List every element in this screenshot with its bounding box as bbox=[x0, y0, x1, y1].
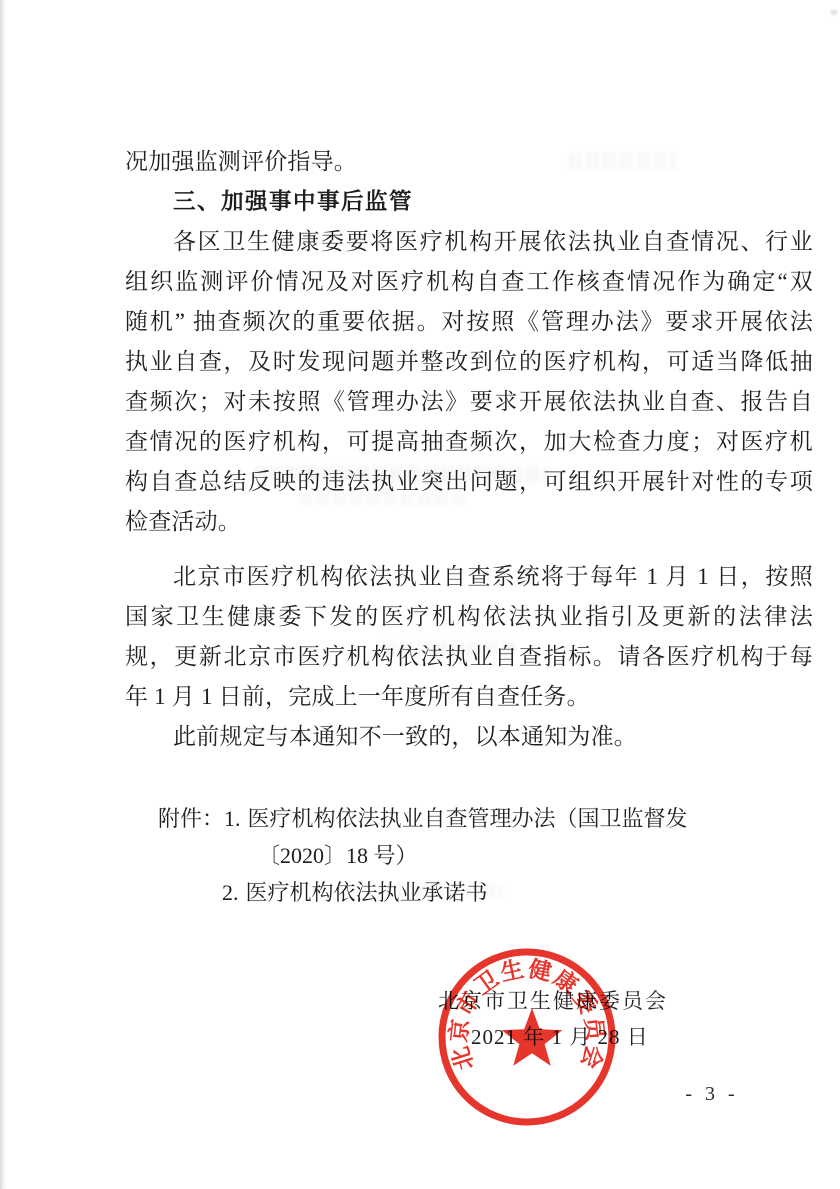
attachment-title: 医疗机构依法执业承诺书 bbox=[246, 880, 488, 905]
body-line: 北京市医疗机构依法执业自查系统将于每年 1 月 1 日，按照 bbox=[125, 557, 813, 597]
body-line: 查频次；对未按照《管理办法》要求开展依法执业自查、报告自 bbox=[125, 382, 813, 422]
body-line: 规，更新北京市医疗机构依法执业自查指标。请各医疗机构于每 bbox=[125, 637, 813, 677]
attachments-label: 附件： bbox=[158, 806, 224, 831]
page-number: - 3 - bbox=[672, 1082, 752, 1106]
body-line: 年 1 月 1 日前，完成上一年度所有自查任务。 bbox=[125, 677, 813, 717]
attachment-number: 1. bbox=[224, 806, 241, 831]
document-body: 况加强监测评价指导。 三、加强事中事后监管 各区卫生健康委要将医疗机构开展依法执… bbox=[125, 142, 813, 757]
body-line: 执业自查，及时发现问题并整改到位的医疗机构，可适当降低抽 bbox=[125, 342, 813, 382]
scan-speck bbox=[831, 10, 837, 15]
attachment-item-1: 附件：1.医疗机构依法执业自查管理办法（国卫监督发 bbox=[158, 800, 758, 837]
seal-star-icon bbox=[502, 1008, 563, 1066]
section-heading: 三、加强事中事后监管 bbox=[125, 182, 813, 222]
body-line: 构自查总结反映的违法执业突出问题，可组织开展针对性的专项 bbox=[125, 462, 813, 502]
attachment-item-1-continuation: 〔2020〕18 号） bbox=[258, 837, 758, 874]
attachment-title-continued: 〔2020〕18 号） bbox=[258, 843, 418, 868]
attachment-number: 2. bbox=[222, 880, 239, 905]
attachment-item-2: 2.医疗机构依法执业承诺书 bbox=[222, 874, 758, 911]
body-line: 此前规定与本通知不一致的，以本通知为准。 bbox=[125, 717, 813, 757]
body-line: 各区卫生健康委要将医疗机构开展依法执业自查情况、行业 bbox=[125, 222, 813, 262]
body-line: 检查活动。 bbox=[125, 502, 813, 542]
page-edge-shadow bbox=[0, 0, 6, 1189]
official-seal: 北京市卫生健康委员会 bbox=[436, 946, 618, 1128]
body-line: 查情况的医疗机构，可提高抽查频次，加大检查力度；对医疗机 bbox=[125, 422, 813, 462]
body-line: 国家卫生健康委下发的医疗机构依法执业指引及更新的法律法 bbox=[125, 597, 813, 637]
scanned-document-page: 况加强监测评价指导。 三、加强事中事后监管 各区卫生健康委要将医疗机构开展依法执… bbox=[0, 0, 840, 1189]
body-line: 组织监测评价情况及对医疗机构自查工作核查情况作为确定“双 bbox=[125, 262, 813, 302]
attachments-block: 附件：1.医疗机构依法执业自查管理办法（国卫监督发 〔2020〕18 号） 2.… bbox=[158, 800, 758, 911]
attachment-title: 医疗机构依法执业自查管理办法（国卫监督发 bbox=[248, 806, 688, 831]
body-line: 随机” 抽查频次的重要依据。对按照《管理办法》要求开展依法 bbox=[125, 302, 813, 342]
body-line: 况加强监测评价指导。 bbox=[125, 142, 813, 182]
